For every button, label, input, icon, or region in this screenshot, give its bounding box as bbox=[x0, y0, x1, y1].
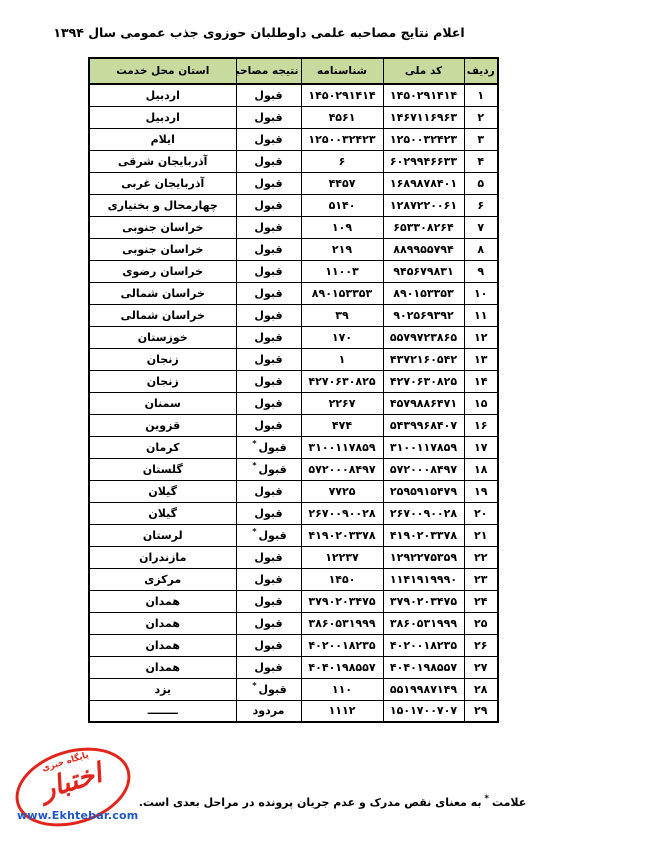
cell-result: قبول* bbox=[236, 524, 301, 546]
cell-radif: ۲۱ bbox=[464, 524, 498, 546]
cell-shenasnameh: ۲۲۶۷ bbox=[301, 392, 383, 414]
cell-radif: ۲۰ bbox=[464, 502, 498, 524]
cell-radif: ۲۶ bbox=[464, 634, 498, 656]
cell-result: قبول bbox=[236, 260, 301, 282]
cell-result: قبول bbox=[236, 282, 301, 304]
cell-province: گیلان bbox=[89, 502, 236, 524]
cell-code-melli: ۱۲۹۲۲۷۵۳۵۹ bbox=[383, 546, 464, 568]
cell-radif: ۱۷ bbox=[464, 436, 498, 458]
table-row: ۲۴ ۳۷۹۰۲۰۳۴۷۵ ۳۷۹۰۲۰۳۴۷۵ قبول همدان bbox=[89, 590, 498, 612]
cell-code-melli: ۳۷۹۰۲۰۳۴۷۵ bbox=[383, 590, 464, 612]
stamp-url: www.Ekhtebar.com bbox=[17, 809, 138, 822]
table-row: ۲۸ ۵۵۱۹۹۸۷۱۴۹ ۱۱۰ قبول* یزد bbox=[89, 678, 498, 700]
cell-shenasnameh: ۱ bbox=[301, 348, 383, 370]
cell-code-melli: ۶۵۳۳۰۸۲۶۴ bbox=[383, 216, 464, 238]
cell-radif: ۱۳ bbox=[464, 348, 498, 370]
table-header-row: ردیف کد ملی شناسنامه نتیجه مصاحبه استان … bbox=[89, 58, 498, 84]
cell-province: چهارمحال و بختیاری bbox=[89, 194, 236, 216]
footnote-star: * bbox=[485, 794, 489, 804]
cell-radif: ۹ bbox=[464, 260, 498, 282]
cell-province: آذربایجان غربی bbox=[89, 172, 236, 194]
cell-result: قبول bbox=[236, 348, 301, 370]
cell-province: گیلان bbox=[89, 480, 236, 502]
table-row: ۱ ۱۴۵۰۲۹۱۴۱۴ ۱۴۵۰۲۹۱۴۱۴ قبول اردبیل bbox=[89, 84, 498, 106]
cell-code-melli: ۲۵۹۵۹۱۵۴۷۹ bbox=[383, 480, 464, 502]
cell-result: قبول bbox=[236, 304, 301, 326]
cell-radif: ۲۹ bbox=[464, 700, 498, 722]
cell-shenasnameh: ۱۲۲۳۷ bbox=[301, 546, 383, 568]
footnote-prefix: علامت bbox=[492, 796, 526, 809]
cell-shenasnameh: ۱۰۹ bbox=[301, 216, 383, 238]
table-row: ۱۲ ۵۵۷۹۷۲۳۸۶۵ ۱۷۰ قبول خوزستان bbox=[89, 326, 498, 348]
cell-shenasnameh: ۴۰۲۰۰۱۸۲۳۵ bbox=[301, 634, 383, 656]
table-row: ۲۲ ۱۲۹۲۲۷۵۳۵۹ ۱۲۲۳۷ قبول مازندران bbox=[89, 546, 498, 568]
cell-province: ــــــــ bbox=[89, 700, 236, 722]
cell-result: قبول bbox=[236, 106, 301, 128]
cell-result: قبول bbox=[236, 568, 301, 590]
table-row: ۳ ۱۲۵۰۰۳۲۴۲۳ ۱۲۵۰۰۳۲۴۲۳ قبول ایلام bbox=[89, 128, 498, 150]
cell-shenasnameh: ۵۱۴۰ bbox=[301, 194, 383, 216]
cell-radif: ۲۷ bbox=[464, 656, 498, 678]
cell-province: همدان bbox=[89, 656, 236, 678]
cell-radif: ۲۲ bbox=[464, 546, 498, 568]
cell-province: لرستان bbox=[89, 524, 236, 546]
results-table: ردیف کد ملی شناسنامه نتیجه مصاحبه استان … bbox=[88, 57, 499, 723]
table-row: ۲۳ ۱۱۴۱۹۱۹۹۹۰ ۱۴۵۰ قبول مرکزی bbox=[89, 568, 498, 590]
table-row: ۶ ۱۲۸۷۲۲۰۰۶۱ ۵۱۴۰ قبول چهارمحال و بختیار… bbox=[89, 194, 498, 216]
page-title: اعلام نتایج مصاحبه علمی داوطلبان حوزوی ج… bbox=[0, 25, 518, 40]
cell-shenasnameh: ۴۴۵۷ bbox=[301, 172, 383, 194]
cell-code-melli: ۴۳۷۲۱۶۰۵۴۲ bbox=[383, 348, 464, 370]
cell-shenasnameh: ۶ bbox=[301, 150, 383, 172]
cell-radif: ۴ bbox=[464, 150, 498, 172]
cell-shenasnameh: ۱۷۰ bbox=[301, 326, 383, 348]
cell-result: قبول* bbox=[236, 678, 301, 700]
cell-radif: ۱۵ bbox=[464, 392, 498, 414]
footnote: علامت*به معنای نقص مدرک و عدم جریان پرون… bbox=[110, 796, 555, 809]
cell-radif: ۱۲ bbox=[464, 326, 498, 348]
cell-province: خراسان شمالی bbox=[89, 304, 236, 326]
cell-result: قبول bbox=[236, 414, 301, 436]
table-row: ۲۰ ۲۶۷۰۰۹۰۰۲۸ ۲۶۷۰۰۹۰۰۲۸ قبول گیلان bbox=[89, 502, 498, 524]
cell-code-melli: ۳۸۶۰۵۳۱۹۹۹ bbox=[383, 612, 464, 634]
cell-province: خراسان جنوبی bbox=[89, 238, 236, 260]
cell-code-melli: ۲۶۷۰۰۹۰۰۲۸ bbox=[383, 502, 464, 524]
cell-code-melli: ۵۵۷۹۷۲۳۸۶۵ bbox=[383, 326, 464, 348]
result-star: * bbox=[252, 439, 256, 448]
header-cell-province: استان محل خدمت bbox=[89, 58, 236, 84]
ekhtebar-stamp: پایگاه خبری اختبار bbox=[6, 734, 140, 839]
cell-shenasnameh: ۵۷۲۰۰۰۸۴۹۷ bbox=[301, 458, 383, 480]
table-row: ۱۹ ۲۵۹۵۹۱۵۴۷۹ ۷۷۲۵ قبول گیلان bbox=[89, 480, 498, 502]
cell-result: قبول bbox=[236, 546, 301, 568]
header-cell-code-melli: کد ملی bbox=[383, 58, 464, 84]
result-star: * bbox=[252, 681, 256, 690]
header-cell-result: نتیجه مصاحبه bbox=[236, 58, 301, 84]
cell-code-melli: ۵۷۲۰۰۰۸۴۹۷ bbox=[383, 458, 464, 480]
cell-shenasnameh: ۳۷۹۰۲۰۳۴۷۵ bbox=[301, 590, 383, 612]
cell-code-melli: ۱۲۵۰۰۳۲۴۲۳ bbox=[383, 128, 464, 150]
cell-shenasnameh: ۲۱۹ bbox=[301, 238, 383, 260]
cell-radif: ۱۴ bbox=[464, 370, 498, 392]
cell-province: یزد bbox=[89, 678, 236, 700]
cell-result: قبول bbox=[236, 84, 301, 106]
cell-radif: ۳ bbox=[464, 128, 498, 150]
table-row: ۱۵ ۴۵۷۹۸۸۶۴۷۱ ۲۲۶۷ قبول سمنان bbox=[89, 392, 498, 414]
table-row: ۱۸ ۵۷۲۰۰۰۸۴۹۷ ۵۷۲۰۰۰۸۴۹۷ قبول* گلستان bbox=[89, 458, 498, 480]
cell-shenasnameh: ۱۲۵۰۰۳۲۴۲۳ bbox=[301, 128, 383, 150]
cell-radif: ۵ bbox=[464, 172, 498, 194]
cell-result: قبول bbox=[236, 392, 301, 414]
cell-shenasnameh: ۱۱۱۲ bbox=[301, 700, 383, 722]
cell-shenasnameh: ۴۷۴ bbox=[301, 414, 383, 436]
table-body: ۱ ۱۴۵۰۲۹۱۴۱۴ ۱۴۵۰۲۹۱۴۱۴ قبول اردبیل ۲ ۱۴… bbox=[89, 84, 498, 722]
cell-radif: ۱۶ bbox=[464, 414, 498, 436]
cell-code-melli: ۱۶۸۹۸۷۸۴۰۱ bbox=[383, 172, 464, 194]
cell-province: خراسان شمالی bbox=[89, 282, 236, 304]
cell-province: زنجان bbox=[89, 370, 236, 392]
cell-radif: ۲ bbox=[464, 106, 498, 128]
cell-radif: ۱۸ bbox=[464, 458, 498, 480]
cell-province: خراسان جنوبی bbox=[89, 216, 236, 238]
table-row: ۱۴ ۴۲۷۰۶۳۰۸۲۵ ۴۲۷۰۶۳۰۸۲۵ قبول زنجان bbox=[89, 370, 498, 392]
table-row: ۱۶ ۵۴۳۹۹۶۸۴۰۷ ۴۷۴ قبول قزوین bbox=[89, 414, 498, 436]
cell-code-melli: ۸۸۹۹۵۵۷۹۴ bbox=[383, 238, 464, 260]
cell-result: قبول bbox=[236, 216, 301, 238]
cell-result: قبول bbox=[236, 326, 301, 348]
cell-result: قبول bbox=[236, 634, 301, 656]
table-row: ۸ ۸۸۹۹۵۵۷۹۴ ۲۱۹ قبول خراسان جنوبی bbox=[89, 238, 498, 260]
cell-result: قبول bbox=[236, 194, 301, 216]
cell-code-melli: ۱۱۴۱۹۱۹۹۹۰ bbox=[383, 568, 464, 590]
table-row: ۴ ۶۰۲۹۹۴۶۶۳۳ ۶ قبول آذربایجان شرقی bbox=[89, 150, 498, 172]
cell-radif: ۶ bbox=[464, 194, 498, 216]
cell-result: قبول* bbox=[236, 436, 301, 458]
cell-code-melli: ۱۵۰۱۷۰۰۷۰۷ bbox=[383, 700, 464, 722]
cell-shenasnameh: ۸۹۰۱۵۳۳۵۳ bbox=[301, 282, 383, 304]
cell-shenasnameh: ۲۶۷۰۰۹۰۰۲۸ bbox=[301, 502, 383, 524]
cell-shenasnameh: ۴۲۷۰۶۳۰۸۲۵ bbox=[301, 370, 383, 392]
table-row: ۲۶ ۴۰۲۰۰۱۸۲۳۵ ۴۰۲۰۰۱۸۲۳۵ قبول همدان bbox=[89, 634, 498, 656]
table-row: ۱۱ ۹۰۲۵۶۹۳۹۲ ۳۹ قبول خراسان شمالی bbox=[89, 304, 498, 326]
cell-province: خراسان رضوی bbox=[89, 260, 236, 282]
cell-result: قبول bbox=[236, 128, 301, 150]
cell-radif: ۲۸ bbox=[464, 678, 498, 700]
cell-radif: ۱ bbox=[464, 84, 498, 106]
table-row: ۲۹ ۱۵۰۱۷۰۰۷۰۷ ۱۱۱۲ مردود ــــــــ bbox=[89, 700, 498, 722]
table-row: ۹ ۹۴۵۶۷۹۸۳۱ ۱۱۰۰۳ قبول خراسان رضوی bbox=[89, 260, 498, 282]
cell-code-melli: ۹۴۵۶۷۹۸۳۱ bbox=[383, 260, 464, 282]
cell-province: کرمان bbox=[89, 436, 236, 458]
cell-province: قزوین bbox=[89, 414, 236, 436]
cell-result: قبول bbox=[236, 480, 301, 502]
header-cell-shenasnameh: شناسنامه bbox=[301, 58, 383, 84]
cell-code-melli: ۳۱۰۰۱۱۷۸۵۹ bbox=[383, 436, 464, 458]
table-row: ۵ ۱۶۸۹۸۷۸۴۰۱ ۴۴۵۷ قبول آذربایجان غربی bbox=[89, 172, 498, 194]
cell-shenasnameh: ۱۴۵۰۲۹۱۴۱۴ bbox=[301, 84, 383, 106]
table-row: ۲۷ ۴۰۴۰۱۹۸۵۵۷ ۴۰۴۰۱۹۸۵۵۷ قبول همدان bbox=[89, 656, 498, 678]
cell-province: مرکزی bbox=[89, 568, 236, 590]
cell-province: آذربایجان شرقی bbox=[89, 150, 236, 172]
cell-shenasnameh: ۴۱۹۰۲۰۳۳۷۸ bbox=[301, 524, 383, 546]
cell-province: زنجان bbox=[89, 348, 236, 370]
cell-result: قبول bbox=[236, 502, 301, 524]
cell-radif: ۲۴ bbox=[464, 590, 498, 612]
cell-province: مازندران bbox=[89, 546, 236, 568]
cell-shenasnameh: ۴۵۶۱ bbox=[301, 106, 383, 128]
table-row: ۷ ۶۵۳۳۰۸۲۶۴ ۱۰۹ قبول خراسان جنوبی bbox=[89, 216, 498, 238]
cell-result: قبول bbox=[236, 590, 301, 612]
cell-code-melli: ۹۰۲۵۶۹۳۹۲ bbox=[383, 304, 464, 326]
cell-shenasnameh: ۳۹ bbox=[301, 304, 383, 326]
cell-shenasnameh: ۴۰۴۰۱۹۸۵۵۷ bbox=[301, 656, 383, 678]
cell-radif: ۱۹ bbox=[464, 480, 498, 502]
table-row: ۱۰ ۸۹۰۱۵۳۳۵۳ ۸۹۰۱۵۳۳۵۳ قبول خراسان شمالی bbox=[89, 282, 498, 304]
cell-province: اردبیل bbox=[89, 106, 236, 128]
cell-code-melli: ۴۱۹۰۲۰۳۳۷۸ bbox=[383, 524, 464, 546]
cell-result: قبول bbox=[236, 238, 301, 260]
result-star: * bbox=[252, 461, 256, 470]
cell-radif: ۸ bbox=[464, 238, 498, 260]
cell-radif: ۱۰ bbox=[464, 282, 498, 304]
cell-radif: ۲۵ bbox=[464, 612, 498, 634]
cell-province: همدان bbox=[89, 590, 236, 612]
table-row: ۲۱ ۴۱۹۰۲۰۳۳۷۸ ۴۱۹۰۲۰۳۳۷۸ قبول* لرستان bbox=[89, 524, 498, 546]
cell-code-melli: ۵۵۱۹۹۸۷۱۴۹ bbox=[383, 678, 464, 700]
cell-result: قبول bbox=[236, 172, 301, 194]
cell-radif: ۱۱ bbox=[464, 304, 498, 326]
cell-shenasnameh: ۷۷۲۵ bbox=[301, 480, 383, 502]
cell-radif: ۲۳ bbox=[464, 568, 498, 590]
cell-province: گلستان bbox=[89, 458, 236, 480]
cell-result: قبول bbox=[236, 612, 301, 634]
cell-code-melli: ۸۹۰۱۵۳۳۵۳ bbox=[383, 282, 464, 304]
footnote-text: به معنای نقص مدرک و عدم جریان پرونده در … bbox=[139, 796, 482, 809]
table-row: ۱۷ ۳۱۰۰۱۱۷۸۵۹ ۳۱۰۰۱۱۷۸۵۹ قبول* کرمان bbox=[89, 436, 498, 458]
header-cell-radif: ردیف bbox=[464, 58, 498, 84]
cell-radif: ۷ bbox=[464, 216, 498, 238]
cell-code-melli: ۱۴۶۷۱۱۶۹۶۳ bbox=[383, 106, 464, 128]
cell-province: سمنان bbox=[89, 392, 236, 414]
cell-result: قبول bbox=[236, 150, 301, 172]
table-row: ۲ ۱۴۶۷۱۱۶۹۶۳ ۴۵۶۱ قبول اردبیل bbox=[89, 106, 498, 128]
cell-province: همدان bbox=[89, 612, 236, 634]
cell-result: قبول bbox=[236, 370, 301, 392]
table-row: ۱۳ ۴۳۷۲۱۶۰۵۴۲ ۱ قبول زنجان bbox=[89, 348, 498, 370]
cell-result: مردود bbox=[236, 700, 301, 722]
cell-code-melli: ۴۰۴۰۱۹۸۵۵۷ bbox=[383, 656, 464, 678]
cell-shenasnameh: ۱۱۰۰۳ bbox=[301, 260, 383, 282]
cell-code-melli: ۴۰۲۰۰۱۸۲۳۵ bbox=[383, 634, 464, 656]
cell-shenasnameh: ۳۱۰۰۱۱۷۸۵۹ bbox=[301, 436, 383, 458]
cell-province: همدان bbox=[89, 634, 236, 656]
cell-code-melli: ۶۰۲۹۹۴۶۶۳۳ bbox=[383, 150, 464, 172]
cell-result: قبول* bbox=[236, 458, 301, 480]
cell-code-melli: ۴۲۷۰۶۳۰۸۲۵ bbox=[383, 370, 464, 392]
cell-shenasnameh: ۱۱۰ bbox=[301, 678, 383, 700]
cell-result: قبول bbox=[236, 656, 301, 678]
cell-province: خوزستان bbox=[89, 326, 236, 348]
table-row: ۲۵ ۳۸۶۰۵۳۱۹۹۹ ۳۸۶۰۵۳۱۹۹۹ قبول همدان bbox=[89, 612, 498, 634]
result-star: * bbox=[252, 527, 256, 536]
cell-shenasnameh: ۳۸۶۰۵۳۱۹۹۹ bbox=[301, 612, 383, 634]
cell-code-melli: ۵۴۳۹۹۶۸۴۰۷ bbox=[383, 414, 464, 436]
cell-code-melli: ۱۴۵۰۲۹۱۴۱۴ bbox=[383, 84, 464, 106]
cell-shenasnameh: ۱۴۵۰ bbox=[301, 568, 383, 590]
cell-code-melli: ۴۵۷۹۸۸۶۴۷۱ bbox=[383, 392, 464, 414]
cell-code-melli: ۱۲۸۷۲۲۰۰۶۱ bbox=[383, 194, 464, 216]
cell-province: ایلام bbox=[89, 128, 236, 150]
cell-province: اردبیل bbox=[89, 84, 236, 106]
